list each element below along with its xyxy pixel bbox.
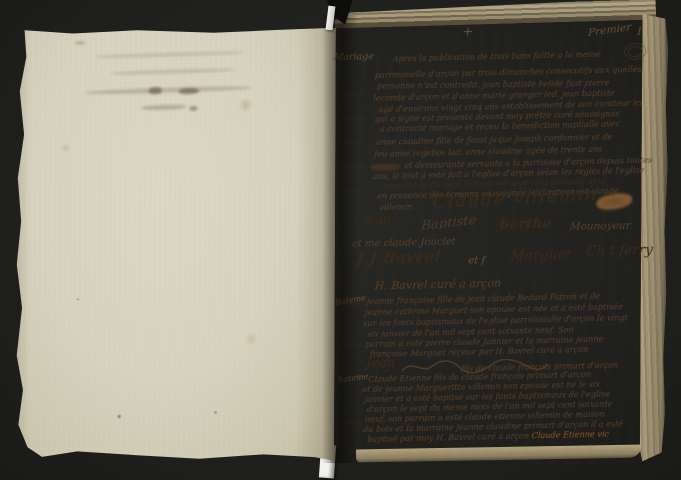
manuscript-line-tail: Claude Etienne vic: [531, 429, 609, 441]
ink-strikethrough: [370, 163, 401, 171]
signature-connector: et f: [468, 256, 486, 265]
flourish-name: Jean: [366, 359, 396, 369]
signature-jj-bavrel: J J Bavrel: [355, 251, 441, 263]
archive-scan: + Premier 1 Mariage Apres la publication…: [0, 0, 681, 480]
folio-header: Premier: [588, 23, 631, 38]
book-gutter-shadow: [322, 15, 358, 463]
signature-marguet: Marguet: [510, 251, 572, 261]
manuscript-line: Apres la publication de trois bans faitt…: [392, 50, 601, 64]
signature-ferry: Ch t ferry: [586, 246, 653, 257]
ink-showthrough: [69, 38, 312, 135]
signature-jean: jean: [363, 216, 392, 226]
cross-mark: +: [462, 27, 474, 36]
signature-claude-villemin: Claude villemin: [432, 189, 599, 207]
left-blank-page: [13, 26, 336, 460]
signature-berthe: berthe: [499, 220, 551, 230]
manuscript-text: + Premier 1 Mariage Apres la publication…: [330, 12, 668, 463]
signature-baptiste: Baptiste: [421, 216, 476, 231]
priest-line: H. Bavrel curé a arçon: [374, 279, 501, 291]
signature-mounoyeur: Mounoyeur: [569, 222, 631, 232]
manuscript-line: villemin.: [379, 202, 415, 212]
paraph-scribble: [620, 40, 650, 63]
page-number: 1: [636, 28, 643, 37]
